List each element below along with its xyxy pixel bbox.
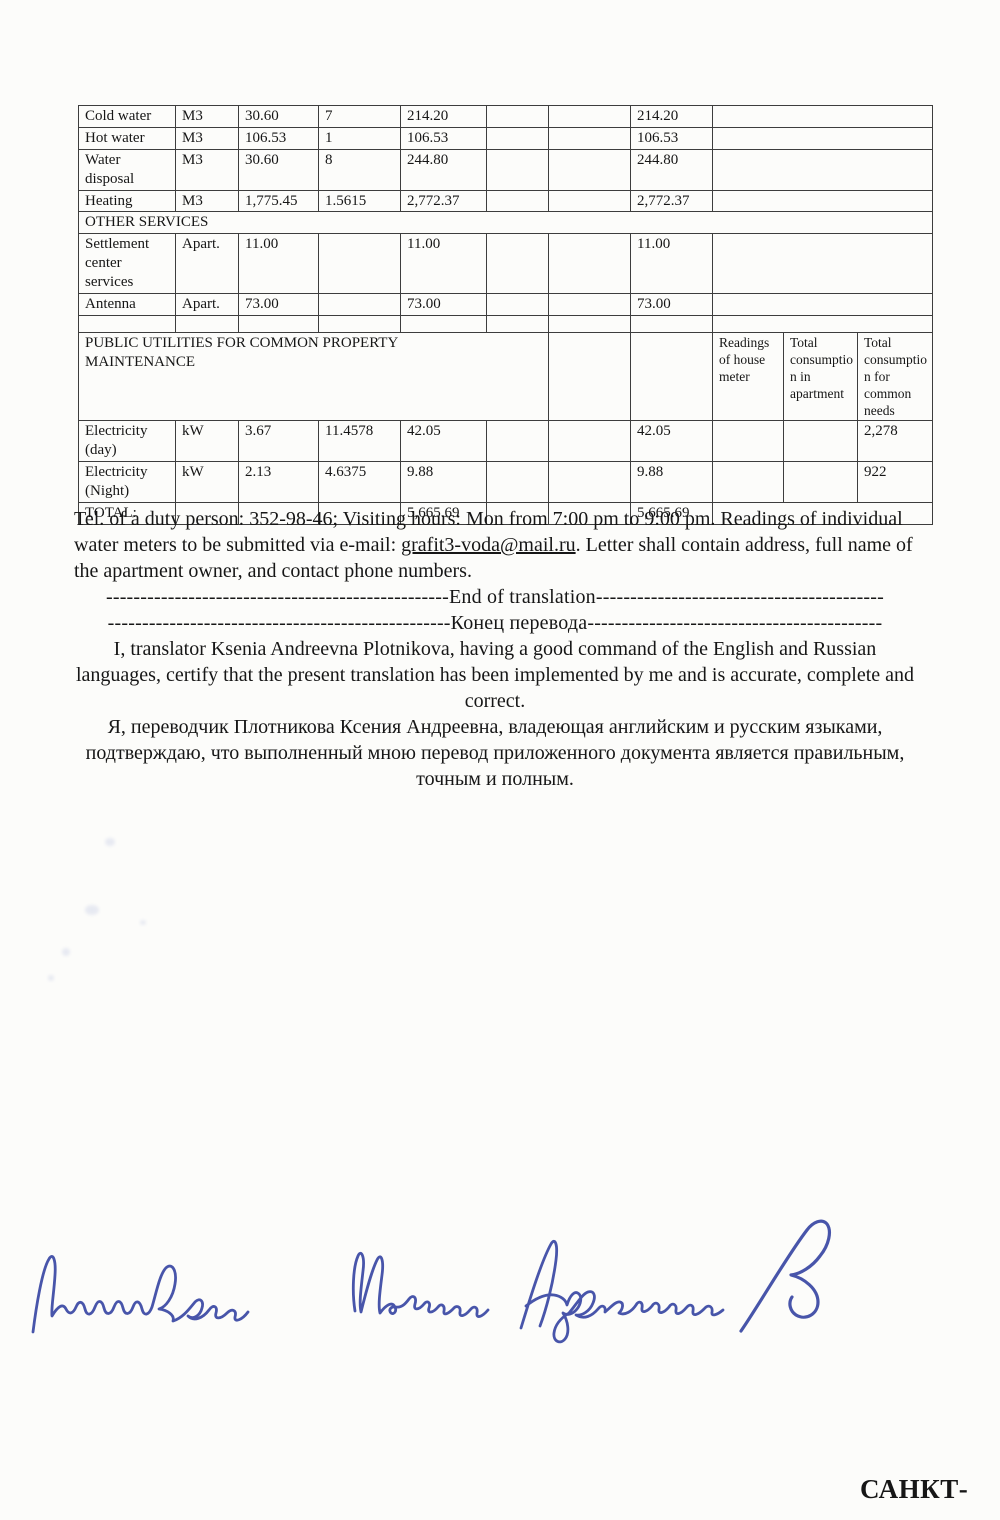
- signature-flourish: [741, 1221, 829, 1331]
- merged-right-cell: [713, 316, 933, 333]
- header-consumption-common-needs: Total consumption for common needs: [858, 333, 933, 421]
- merged-right-cell: [713, 149, 933, 190]
- settlement-amount: 11.00: [401, 234, 487, 294]
- cold-water-unit: M3: [176, 106, 239, 128]
- contact-paragraph: Tel. of a duty person: 352-98-46; Visiti…: [74, 506, 916, 584]
- certification-english: I, translator Ksenia Andreevna Plotnikov…: [74, 636, 916, 714]
- electricity-day-name: Electricity (day): [79, 421, 176, 462]
- notes-text-block: Tel. of a duty person: 352-98-46; Visiti…: [74, 506, 916, 792]
- hot-water-tariff: 106.53: [239, 127, 319, 149]
- heating-qty: 1.5615: [319, 190, 401, 212]
- heating-name: Heating: [79, 190, 176, 212]
- row-heating: Heating M3 1,775.45 1.5615 2,772.37 2,77…: [79, 190, 933, 212]
- empty-cell: [79, 316, 176, 333]
- scanned-document-page: Cold water M3 30.60 7 214.20 214.20 Hot …: [0, 0, 1000, 1520]
- antenna-name: Antenna: [79, 294, 176, 316]
- ink-bleed-speck: [48, 975, 54, 981]
- empty-cell: [549, 149, 631, 190]
- water-disposal-unit: M3: [176, 149, 239, 190]
- electricity-night-amount: 9.88: [401, 462, 487, 503]
- empty-cell: [239, 316, 319, 333]
- electricity-night-tariff: 2.13: [239, 462, 319, 503]
- electricity-night-total: 9.88: [631, 462, 713, 503]
- electricity-day-tariff: 3.67: [239, 421, 319, 462]
- empty-cell: [549, 106, 631, 128]
- signature-word-patronymic: [521, 1241, 723, 1342]
- row-antenna: Antenna Apart. 73.00 73.00 73.00: [79, 294, 933, 316]
- ink-bleed-speck: [85, 905, 99, 915]
- cold-water-qty: 7: [319, 106, 401, 128]
- empty-cell: [549, 294, 631, 316]
- electricity-day-unit: kW: [176, 421, 239, 462]
- empty-cell: [631, 316, 713, 333]
- merged-right-cell: [713, 294, 933, 316]
- settlement-total: 11.00: [631, 234, 713, 294]
- ink-bleed-speck: [140, 920, 146, 925]
- cold-water-total: 214.20: [631, 106, 713, 128]
- antenna-total: 73.00: [631, 294, 713, 316]
- electricity-night-house-meter: [713, 462, 784, 503]
- empty-cell: [487, 294, 549, 316]
- electricity-day-apartment: [784, 421, 858, 462]
- empty-cell: [549, 421, 631, 462]
- row-hot-water: Hot water M3 106.53 1 106.53 106.53: [79, 127, 933, 149]
- empty-cell: [549, 462, 631, 503]
- row-public-utilities-header: PUBLIC UTILITIES FOR COMMON PROPERTY MAI…: [79, 333, 933, 421]
- row-cold-water: Cold water M3 30.60 7 214.20 214.20: [79, 106, 933, 128]
- water-disposal-amount: 244.80: [401, 149, 487, 190]
- antenna-amount: 73.00: [401, 294, 487, 316]
- header-readings-house-meter: Readings of house meter: [713, 333, 784, 421]
- heating-unit: M3: [176, 190, 239, 212]
- public-utilities-label-text: PUBLIC UTILITIES FOR COMMON PROPERTY MAI…: [85, 334, 505, 372]
- hot-water-amount: 106.53: [401, 127, 487, 149]
- empty-cell: [487, 462, 549, 503]
- antenna-unit: Apart.: [176, 294, 239, 316]
- email-address: grafit3-voda@mail.ru: [401, 534, 575, 556]
- utility-bill-table: Cold water M3 30.60 7 214.20 214.20 Hot …: [78, 105, 933, 525]
- row-water-disposal: Water disposal M3 30.60 8 244.80 244.80: [79, 149, 933, 190]
- row-spacer: [79, 316, 933, 333]
- merged-right-cell: [713, 106, 933, 128]
- signature-word-firstname: [353, 1253, 488, 1316]
- empty-cell: [401, 316, 487, 333]
- signature-word-surname: [33, 1256, 248, 1332]
- electricity-night-common-needs: 922: [858, 462, 933, 503]
- ink-bleed-speck: [105, 838, 115, 846]
- konets-perevoda-line: ----------------------------------------…: [74, 610, 916, 636]
- empty-cell: [487, 149, 549, 190]
- certification-russian: Я, переводчик Плотникова Ксения Андреевн…: [74, 714, 916, 792]
- hot-water-unit: M3: [176, 127, 239, 149]
- electricity-day-common-needs: 2,278: [858, 421, 933, 462]
- water-disposal-name: Water disposal: [79, 149, 176, 190]
- antenna-tariff: 73.00: [239, 294, 319, 316]
- electricity-night-unit: kW: [176, 462, 239, 503]
- heating-total: 2,772.37: [631, 190, 713, 212]
- merged-right-cell: [713, 190, 933, 212]
- settlement-qty: [319, 234, 401, 294]
- end-of-translation-line: ----------------------------------------…: [74, 584, 916, 610]
- empty-cell: [549, 234, 631, 294]
- empty-cell: [549, 333, 631, 421]
- settlement-tariff: 11.00: [239, 234, 319, 294]
- row-electricity-night: Electricity (Night) kW 2.13 4.6375 9.88 …: [79, 462, 933, 503]
- public-utilities-section-label: PUBLIC UTILITIES FOR COMMON PROPERTY MAI…: [79, 333, 549, 421]
- electricity-night-qty: 4.6375: [319, 462, 401, 503]
- electricity-day-qty: 11.4578: [319, 421, 401, 462]
- hot-water-qty: 1: [319, 127, 401, 149]
- cold-water-amount: 214.20: [401, 106, 487, 128]
- other-services-section-label: OTHER SERVICES: [79, 212, 933, 234]
- electricity-night-apartment: [784, 462, 858, 503]
- settlement-unit: Apart.: [176, 234, 239, 294]
- empty-cell: [549, 127, 631, 149]
- row-other-services-header: OTHER SERVICES: [79, 212, 933, 234]
- row-electricity-day: Electricity (day) kW 3.67 11.4578 42.05 …: [79, 421, 933, 462]
- empty-cell: [487, 106, 549, 128]
- empty-cell: [319, 316, 401, 333]
- merged-right-cell: [713, 127, 933, 149]
- cold-water-name: Cold water: [79, 106, 176, 128]
- electricity-night-name: Electricity (Night): [79, 462, 176, 503]
- empty-cell: [487, 316, 549, 333]
- water-disposal-total: 244.80: [631, 149, 713, 190]
- handwritten-signature: [25, 1210, 835, 1355]
- water-disposal-qty: 8: [319, 149, 401, 190]
- heating-tariff: 1,775.45: [239, 190, 319, 212]
- empty-cell: [631, 333, 713, 421]
- header-consumption-apartment: Total consumption in apartment: [784, 333, 858, 421]
- hot-water-total: 106.53: [631, 127, 713, 149]
- empty-cell: [176, 316, 239, 333]
- empty-cell: [487, 190, 549, 212]
- empty-cell: [487, 421, 549, 462]
- merged-right-cell: [713, 234, 933, 294]
- electricity-day-house-meter: [713, 421, 784, 462]
- ink-bleed-speck: [62, 948, 70, 956]
- heating-amount: 2,772.37: [401, 190, 487, 212]
- settlement-name: Settlement center services: [79, 234, 176, 294]
- water-disposal-tariff: 30.60: [239, 149, 319, 190]
- cold-water-tariff: 30.60: [239, 106, 319, 128]
- antenna-qty: [319, 294, 401, 316]
- electricity-day-total: 42.05: [631, 421, 713, 462]
- empty-cell: [487, 127, 549, 149]
- empty-cell: [487, 234, 549, 294]
- row-settlement-services: Settlement center services Apart. 11.00 …: [79, 234, 933, 294]
- empty-cell: [549, 190, 631, 212]
- footer-partial-word: САНКТ-: [860, 1474, 968, 1505]
- empty-cell: [549, 316, 631, 333]
- electricity-day-amount: 42.05: [401, 421, 487, 462]
- hot-water-name: Hot water: [79, 127, 176, 149]
